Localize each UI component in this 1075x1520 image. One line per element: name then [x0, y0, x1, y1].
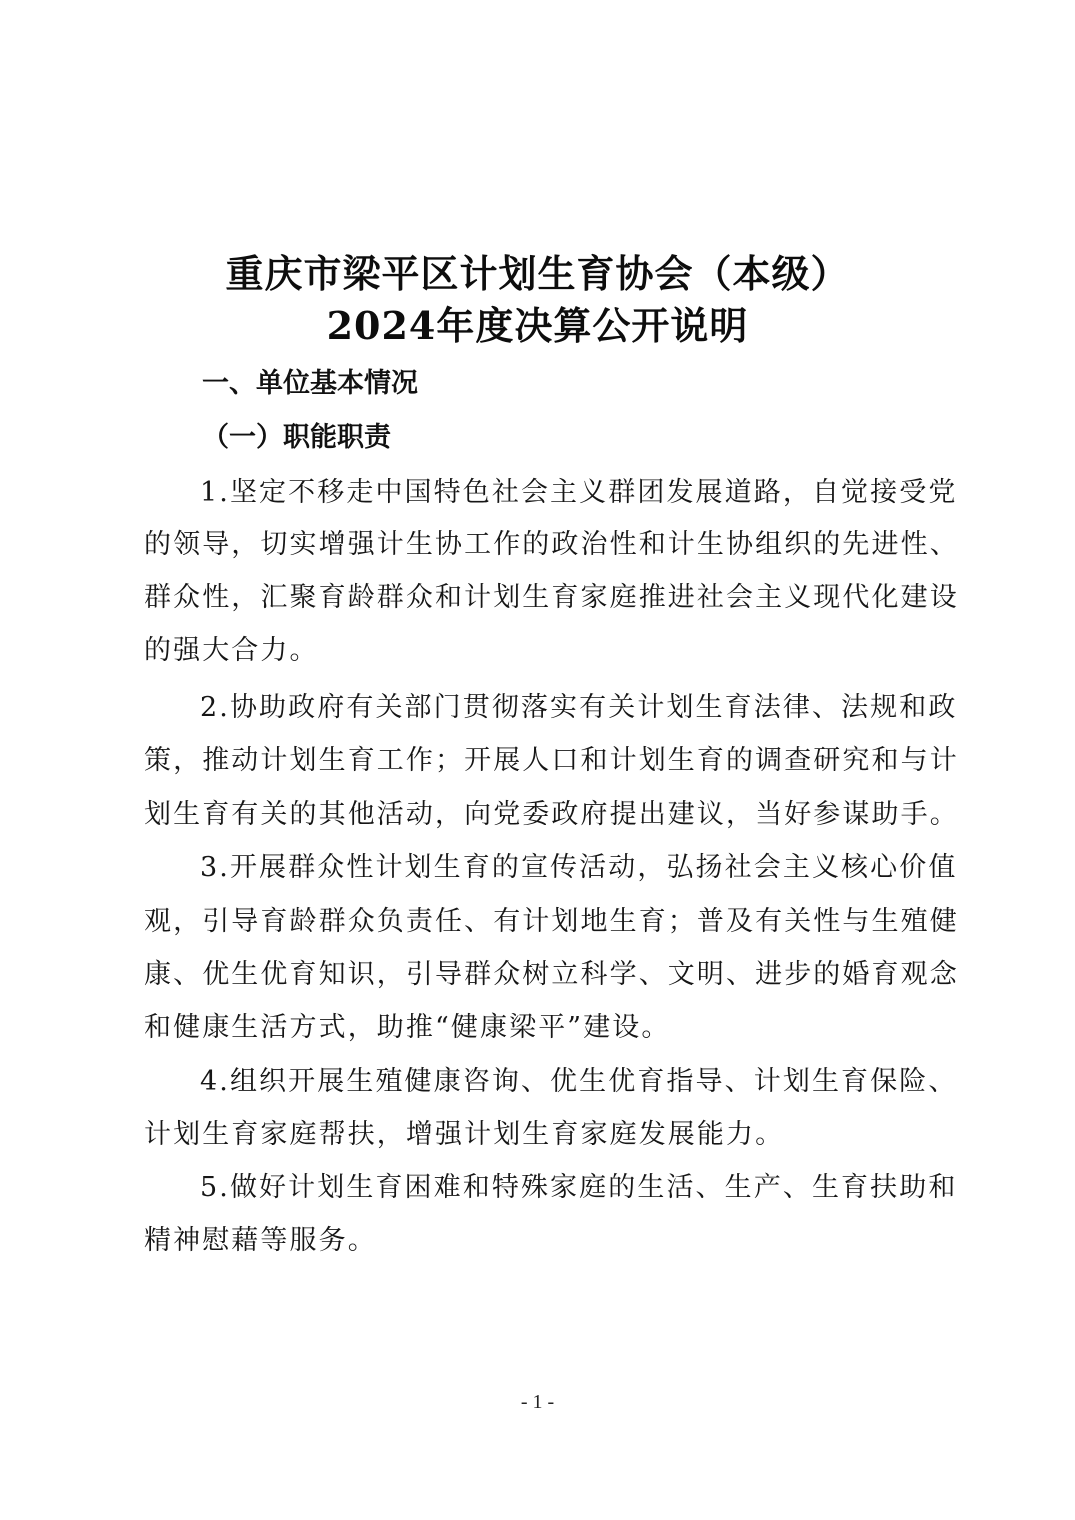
page-number: - 1 - — [0, 1390, 1075, 1414]
paragraph-line: 的强大合力。 — [144, 631, 944, 671]
paragraph-line: 策，推动计划生育工作；开展人口和计划生育的调查研究和与计 — [144, 741, 944, 781]
paragraph-line: 精神慰藉等服务。 — [144, 1221, 944, 1261]
document-title-line1: 重庆市梁平区计划生育协会（本级） — [0, 252, 1075, 296]
paragraph-line: 划生育有关的其他活动，向党委政府提出建议，当好参谋助手。 — [144, 795, 944, 835]
paragraph-line: 3.开展群众性计划生育的宣传活动，弘扬社会主义核心价值 — [200, 848, 944, 888]
document-page: 重庆市梁平区计划生育协会（本级） 2024年度决算公开说明 一、单位基本情况 （… — [0, 0, 1075, 1520]
paragraph-line: 1.坚定不移走中国特色社会主义群团发展道路，自觉接受党 — [200, 473, 944, 513]
paragraph-line: 群众性，汇聚育龄群众和计划生育家庭推进社会主义现代化建设 — [144, 578, 944, 618]
paragraph-line: 的领导，切实增强计生协工作的政治性和计生协组织的先进性、 — [144, 525, 944, 565]
paragraph-line: 康、优生优育知识，引导群众树立科学、文明、进步的婚育观念 — [144, 955, 944, 995]
section-heading-basic-info: 一、单位基本情况 — [202, 364, 418, 404]
paragraph-line: 4.组织开展生殖健康咨询、优生优育指导、计划生育保险、 — [200, 1062, 944, 1102]
document-title-line2: 2024年度决算公开说明 — [0, 304, 1075, 348]
paragraph-line: 和健康生活方式，助推“健康梁平”建设。 — [144, 1008, 944, 1048]
paragraph-line: 2.协助政府有关部门贯彻落实有关计划生育法律、法规和政 — [200, 688, 944, 728]
paragraph-line: 计划生育家庭帮扶，增强计划生育家庭发展能力。 — [144, 1115, 944, 1155]
paragraph-line: 观，引导育龄群众负责任、有计划地生育；普及有关性与生殖健 — [144, 902, 944, 942]
paragraph-line: 5.做好计划生育困难和特殊家庭的生活、生产、生育扶助和 — [200, 1168, 944, 1208]
subsection-heading-responsibilities: （一）职能职责 — [202, 418, 391, 458]
